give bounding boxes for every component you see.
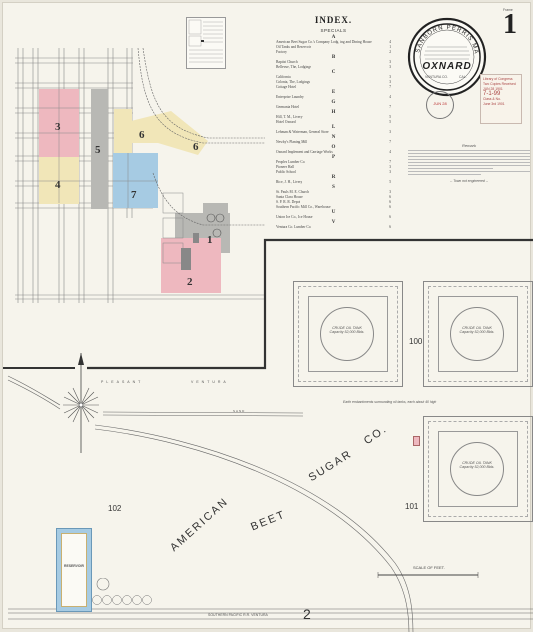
small-tanks — [91, 578, 161, 608]
remark-footer: -- Town not engineered -- — [408, 179, 530, 183]
compass-rose-icon — [63, 353, 99, 453]
index-entry-sheet: 5 — [389, 180, 391, 185]
index-entry-sheet: 7 — [389, 105, 391, 110]
oil-tank-capacity: Capacity 52,000 Bbls. — [451, 330, 503, 334]
publisher-seal: SANBORN PERRIS MAP CO. OXNARD VENTURA CO… — [407, 17, 487, 97]
map-sheet: Frame 1 SANBORN PERRIS MAP CO. OXNARD VE… — [3, 3, 530, 628]
copyright-stamp-box: Library of Congress Two Copies Received … — [480, 74, 522, 124]
block-label-7: 7 — [131, 189, 137, 201]
seal-icon: SANBORN PERRIS MAP CO. — [407, 17, 487, 97]
index-entry-name: Factory — [276, 50, 287, 55]
index-entry-name: Bellevue, The, Lodgings — [276, 65, 311, 70]
index-entry-sheet: 2 — [389, 50, 391, 55]
index-entry-name: Public School — [276, 170, 296, 175]
index-entry-sheet: 5 — [389, 120, 391, 125]
seal-town: OXNARD — [407, 61, 487, 72]
scale-bar — [378, 572, 478, 578]
index-entry-sheet: 4 — [389, 95, 391, 100]
index-subtitle: SPECIALS — [276, 28, 391, 33]
street-ventura: VENTURA — [191, 380, 229, 384]
index-entry-name: Germania Hotel — [276, 105, 299, 110]
street-pleasant-valley: PLEASANT — [101, 380, 143, 384]
copyright-stamp-circle: JUN 28 — [426, 91, 454, 119]
index-entry-name: Hotel Oxnard — [276, 120, 296, 125]
index-entry-name: Union Ice Co., Ice House — [276, 215, 313, 220]
block-label-6: 6 — [139, 129, 145, 141]
seal-state: CAL. — [459, 75, 467, 79]
index-entry-sheet: 6 — [389, 205, 391, 210]
scale-label: SCALE OF FEET. — [413, 565, 445, 570]
index-panel: INDEX. SPECIALS AAmerican Beet Sugar Co.… — [276, 15, 391, 230]
index-entry-name: Ventura Co. Lumber Co. — [276, 225, 311, 230]
index-title: INDEX. — [276, 15, 391, 25]
reservoir-label: RESERVOIR — [62, 564, 86, 568]
block-label-6b: 6 — [193, 141, 199, 153]
block-label-5: 5 — [95, 144, 101, 156]
index-entry-name: Oxnard Implement and Carriage Works — [276, 150, 333, 155]
index-entry-sheet: 6 — [389, 215, 391, 220]
index-entry: Ventura Co. Lumber Co.6 — [276, 225, 391, 230]
index-entry-sheet: 4 — [389, 150, 391, 155]
railroad-label: SOUTHERN PACIFIC R.R. VENTURA — [208, 613, 268, 617]
index-entry-name: Cottage Hotel — [276, 85, 296, 90]
oil-tank-capacity: Capacity 52,000 Bbls. — [321, 330, 373, 334]
street-sand: SAND — [233, 409, 245, 413]
block-label-3: 3 — [55, 121, 61, 133]
remark-title: Remark — [408, 143, 530, 148]
seal-county: VENTURA CO. — [425, 75, 448, 79]
index-entry-name: Newby's Planing Mill — [276, 140, 307, 145]
reservoir: RESERVOIR — [56, 528, 92, 612]
sheet-number: 1 — [503, 9, 517, 41]
index-entry-name: Lehman & Waterman, General Store — [276, 130, 329, 135]
adjacent-sheet-ref: 2 — [303, 606, 311, 622]
index-entry-name: Rice, J. H., Livery — [276, 180, 302, 185]
index-entry-sheet: 3 — [389, 65, 391, 70]
index-entry-name: Southern Pacific Mill Co., Warehouse — [276, 205, 331, 210]
index-entry-sheet: 6 — [389, 225, 391, 230]
index-entry-sheet: 7 — [389, 85, 391, 90]
index-entry-sheet: 3 — [389, 130, 391, 135]
index-entry-name: Enterprise Laundry — [276, 95, 304, 100]
remark-panel: Remark -- Town not engineered -- — [408, 143, 530, 183]
stamp-line: June 3rd 1901 — [483, 102, 519, 107]
index-entry-sheet: 7 — [389, 140, 391, 145]
block-label-4: 4 — [55, 179, 61, 191]
index-list: AAmerican Beet Sugar Co.'s Company Lodg.… — [276, 35, 391, 230]
index-entry-sheet: 3 — [389, 170, 391, 175]
